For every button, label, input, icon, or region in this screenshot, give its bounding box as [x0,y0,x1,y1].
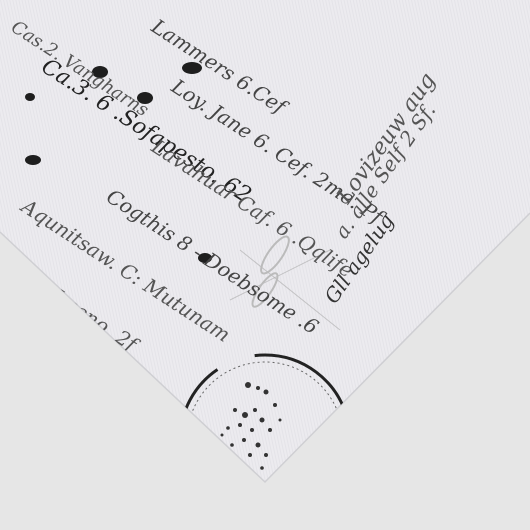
paper-corner-photo: Lammers 6.CefCas.2. VangharnsCa.3. 6 .So… [0,0,530,530]
paper-illustration: Lammers 6.CefCas.2. VangharnsCa.3. 6 .So… [0,0,530,530]
